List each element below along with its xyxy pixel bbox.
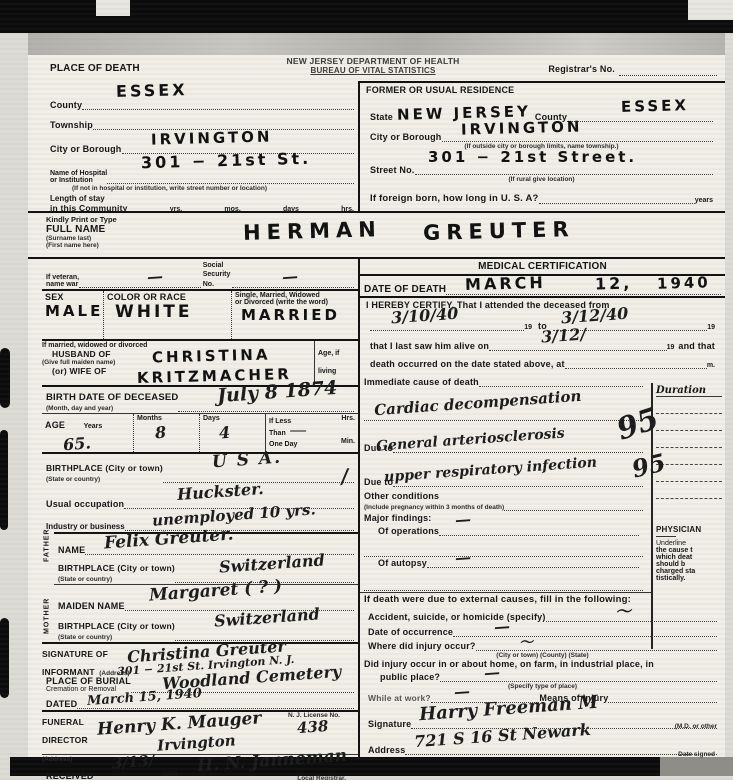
physician-label: PHYSICIAN	[656, 525, 722, 534]
birthplace-label: BIRTHPLACE (City or town)	[46, 463, 163, 473]
marital-cell: Single, Married, Widowed or Divorced (wr…	[232, 291, 358, 339]
last-seen-date: 3/12/	[540, 324, 586, 346]
scan-artifact	[0, 618, 9, 698]
work-dash: —	[453, 681, 470, 701]
dated-label: DATED	[46, 699, 77, 709]
street-note: (If rural give location)	[366, 176, 717, 183]
res-county-value: ESSEX	[621, 96, 689, 116]
father-side-tab: FATHER	[41, 534, 53, 556]
place-of-death-label: PLACE OF DEATH	[50, 63, 140, 74]
scan-artifact	[0, 348, 10, 408]
birthplace-value: U S A.	[211, 448, 282, 473]
mother-bp-sub: (State or country)	[58, 634, 175, 641]
autopsy-dash: —	[454, 547, 471, 567]
scan-artifact	[96, 0, 130, 16]
city-borough-label: City or Borough	[50, 144, 122, 154]
residence-title: FORMER OR USUAL RESIDENCE	[366, 83, 717, 95]
mother-bp-label: BIRTHPLACE (City or town)	[58, 621, 175, 631]
occurrence-label: Date of occurrence	[368, 627, 453, 637]
street-label: Street No.	[370, 165, 415, 175]
bureau-title: BUREAU OF VITAL STATISTICS	[228, 66, 518, 75]
did-injury-sub: (Specify type of place)	[364, 683, 721, 690]
res-city-label: City or Borough	[370, 132, 442, 142]
father-name-label: NAME	[58, 545, 85, 555]
received-year: 1940	[162, 771, 178, 778]
res-city-value: IRVINGTON	[461, 117, 583, 138]
ssn-label-1: Social	[203, 262, 224, 269]
age-years-cell: AGE Years 65.	[42, 414, 134, 452]
did-injury-label-2: public place?	[380, 672, 440, 682]
county-value: ESSEX	[116, 80, 188, 101]
sex-value: MALE	[45, 302, 103, 320]
md-or-other-note: (M.D. or other	[675, 723, 717, 730]
ssn-dash: —	[281, 266, 298, 286]
race-value: WHITE	[115, 302, 193, 322]
birthdate-sub: (Month, day and year)	[46, 405, 178, 412]
industry-label: Industry or business	[46, 522, 125, 531]
department-title: NEW JERSEY DEPARTMENT OF HEALTH	[228, 56, 518, 66]
death-month-value: MARCH	[465, 273, 546, 294]
did-injury-dash: —	[483, 662, 500, 682]
accident-squiggle: 〜	[614, 598, 632, 622]
date-of-death-label: DATE OF DEATH	[364, 284, 446, 295]
address-label: Address	[368, 745, 405, 755]
other-conditions-label: Other conditions	[364, 491, 439, 501]
maiden-name-label: MAIDEN NAME	[58, 601, 125, 611]
deceased-first-name: HERMAN	[243, 217, 382, 245]
of-operations-label: Of operations	[378, 526, 439, 536]
surname-last-note: (Surname last)	[46, 235, 117, 242]
registrar-no-line	[619, 75, 717, 76]
ssn-label-3: No.	[203, 281, 214, 288]
where-sub-labels: (City or town) (County) (State)	[364, 652, 721, 659]
funeral-label-1: FUNERAL	[42, 717, 84, 727]
scan-gray-band	[28, 33, 725, 55]
hospital-value: 301 − 21st St.	[141, 149, 312, 172]
birthplace-sub: (State or country)	[46, 476, 163, 483]
personal-section: If veteran, name war Social Security No.…	[28, 259, 358, 759]
duration-label: Duration	[656, 385, 722, 397]
received-date: 3/13/	[111, 752, 154, 773]
scan-artifact	[660, 757, 733, 776]
birthdate-label: BIRTH DATE OF DECEASED	[46, 392, 178, 403]
certificate-paper: PLACE OF DEATH NEW JERSEY DEPARTMENT OF …	[28, 33, 725, 757]
full-name-row: Kindly Print or Type FULL NAME (Surname …	[28, 211, 725, 259]
first-name-note: (First name here)	[46, 242, 117, 249]
age-days-cell: Days 4	[200, 414, 266, 452]
death-year-value: 1940	[657, 273, 711, 292]
hospital-label-2: or Institution	[50, 177, 107, 184]
findings-dash: —	[454, 509, 471, 529]
marital-value: MARRIED	[241, 306, 340, 324]
signature-label: Signature	[368, 719, 411, 729]
did-injury-label-1: Did injury occur in or about home, on fa…	[364, 659, 721, 669]
while-at-work-label: While at work?	[368, 693, 431, 703]
place-of-death-section: County ESSEX Township City or Borough IR…	[28, 81, 358, 211]
veteran-label-2: name war	[46, 281, 79, 288]
township-label: Township	[50, 120, 93, 130]
veteran-label-1: If veteran,	[46, 274, 79, 281]
medical-section: MEDICAL CERTIFICATION DATE OF DEATH MARC…	[358, 259, 725, 759]
of-autopsy-label: Of autopsy	[378, 558, 427, 568]
certify-paragraph: I HEREBY CERTIFY, That I attended the de…	[360, 298, 725, 372]
hospital-note: (If not in hospital or institution, writ…	[46, 185, 358, 192]
received-label: RECEIVED	[46, 771, 94, 780]
major-findings-label: Major findings:	[364, 513, 643, 523]
death-day-value: 12,	[595, 274, 633, 294]
ssn-label-2: Security	[203, 271, 231, 278]
funeral-label-2: DIRECTOR	[42, 735, 88, 745]
where-injury-label: Where did injury occur?	[368, 641, 476, 651]
street-value: 301 − 21st Street.	[428, 148, 637, 167]
kindly-print-label: Kindly Print or Type	[46, 215, 117, 224]
accident-label: Accident, suicide, or homicide (specify)	[368, 612, 546, 622]
other-conditions-sub: (Include pregnancy within 3 months of de…	[364, 504, 504, 511]
where-squiggle: 〜	[518, 632, 533, 653]
funeral-director-address: Irvington	[156, 731, 236, 754]
spouse-first-value: CHRISTINA	[152, 345, 271, 366]
informant-label-1: SIGNATURE OF	[42, 649, 108, 659]
residence-section: FORMER OR USUAL RESIDENCE State NEW JERS…	[358, 81, 725, 211]
occupation-label: Usual occupation	[46, 499, 124, 509]
date-signed-label: Date signed	[678, 751, 715, 758]
license-number: 438	[296, 717, 328, 737]
burial-label-1: PLACE OF BURIAL	[46, 676, 131, 686]
city-borough-value: IRVINGTON	[151, 127, 273, 148]
age-days-value: 4	[218, 421, 262, 443]
registrar-no-label: Registrar's No.	[548, 64, 615, 74]
full-name-label: FULL NAME	[46, 224, 117, 235]
race-cell: COLOR OR RACE WHITE	[104, 291, 232, 339]
death-certificate-scan: { "header": { "place_of_death": "PLACE O…	[0, 0, 733, 780]
deceased-last-name: GREUTER	[423, 217, 575, 245]
age-months-cell: Months 8	[134, 414, 200, 452]
age-less-cell: If Less Hrs. Than — One Day Min.	[266, 414, 358, 452]
father-bp-sub: (State or country)	[58, 576, 175, 583]
foreign-years-label: years	[695, 197, 713, 204]
local-registrar-label: Local Registrar.	[297, 775, 346, 780]
foreign-born-label: If foreign born, how long in U. S. A?	[370, 193, 539, 204]
county-label: County	[50, 100, 82, 110]
stay-label-1: Length of stay	[50, 194, 128, 203]
age-years-value: 65.	[62, 431, 130, 455]
mother-side-tab: MOTHER	[41, 585, 53, 647]
occurrence-dash: —	[493, 616, 510, 636]
age-months-value: 8	[154, 421, 196, 443]
state-label: State	[370, 112, 393, 122]
father-bp-label: BIRTHPLACE (City or town)	[58, 563, 175, 573]
immediate-cause-label: Immediate cause of death	[364, 377, 479, 387]
scan-artifact	[0, 430, 8, 530]
veteran-dash: —	[146, 266, 163, 286]
hospital-label-1: Name of Hospital	[50, 170, 107, 177]
sex-cell: SEX MALE	[42, 291, 104, 339]
scan-artifact	[688, 0, 733, 20]
